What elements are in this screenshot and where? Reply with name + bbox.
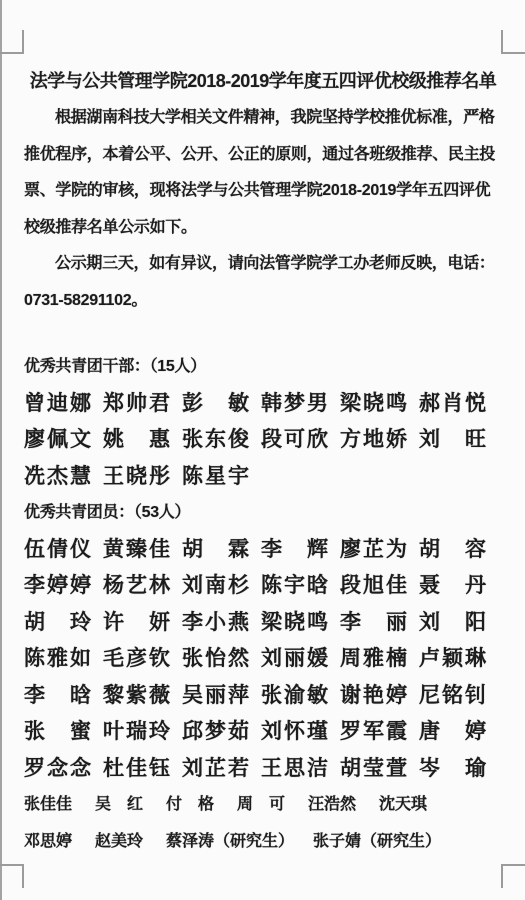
name-row: 张佳佳吴 红付 格周 可汪浩然沈天琪 [24,787,502,824]
student-name: 段旭佳 [340,568,419,605]
student-name: 李婷婷 [24,568,103,605]
name-row: 廖佩文姚 惠张东俊段可欣方地娇刘 旺 [24,422,502,459]
student-name: 张渝敏 [261,678,340,715]
intro-paragraphs: 根据湖南科技大学相关文件精神，我院坚持学校推优标准，严格推优程序，本着公平、公开… [24,100,502,319]
text-boundary-mark-top-left [0,30,24,54]
student-name: 赵美玲 [95,824,166,861]
student-name: 聂 丹 [419,568,498,605]
name-row: 邓思婷赵美玲蔡泽涛（研究生）张子婧（研究生） [24,824,502,861]
document-title: 法学与公共管理学院2018-2019学年度五四评优校级推荐名单 [24,62,502,100]
student-name: 张佳佳 [24,787,95,824]
student-name: 张 蜜 [24,714,103,751]
student-name: 姚 惠 [103,422,182,459]
student-name: 张怡然 [182,641,261,678]
student-name: 吴丽萍 [182,678,261,715]
student-name: 岑 瑜 [419,751,498,788]
name-row: 冼杰慧王晓彤陈星宇 [24,459,502,496]
student-name: 谢艳婷 [340,678,419,715]
name-row: 张 蜜叶瑞玲邱梦茹刘怀瑾罗军霞唐 婷 [24,714,502,751]
name-row: 李婷婷杨艺林刘南杉陈宇晗段旭佳聂 丹 [24,568,502,605]
text-boundary-mark-bottom-right [501,864,525,888]
student-name: 李 丽 [340,605,419,642]
paragraph-line: 0731-58291102。 [24,283,502,320]
student-name: 李 晗 [24,678,103,715]
student-name: 梁晓鸣 [261,605,340,642]
student-name: 沈天琪 [379,787,450,824]
student-name: 胡 霖 [182,532,261,569]
paragraph-line: 校级推荐名单公示如下。 [24,210,502,247]
student-name: 李小燕 [182,605,261,642]
student-name: 刘芷若 [182,751,261,788]
award-name-sections: 优秀共青团干部：（15人）曾迪娜郑帅君彭 敏韩梦男梁晓鸣郝肖悦廖佩文姚 惠张东俊… [24,349,502,860]
text-boundary-mark-top-right [501,30,525,54]
student-name: 陈星宇 [182,459,261,496]
student-name: 毛彦钦 [103,641,182,678]
student-name: 吴 红 [95,787,166,824]
student-name: 唐 婷 [419,714,498,751]
student-name: 郝肖悦 [419,386,498,423]
student-name: 刘 阳 [419,605,498,642]
student-name: 王晓彤 [103,459,182,496]
section-heading: 优秀共青团干部：（15人） [24,349,502,386]
student-name: 冼杰慧 [24,459,103,496]
student-name: 方地娇 [340,422,419,459]
award-section: 优秀共青团干部：（15人）曾迪娜郑帅君彭 敏韩梦男梁晓鸣郝肖悦廖佩文姚 惠张东俊… [24,349,502,495]
student-name: 段可欣 [261,422,340,459]
student-name: 陈宇晗 [261,568,340,605]
student-name: 付 格 [166,787,237,824]
document-content: 法学与公共管理学院2018-2019学年度五四评优校级推荐名单 根据湖南科技大学… [24,0,502,860]
student-name: 周 可 [237,787,308,824]
name-row: 罗念念杜佳钰刘芷若王思洁胡莹萱岑 瑜 [24,751,502,788]
student-name: 刘怀瑾 [261,714,340,751]
student-name: 汪浩然 [308,787,379,824]
student-name: 杜佳钰 [103,751,182,788]
student-name: 周雅楠 [340,641,419,678]
student-name: 郑帅君 [103,386,182,423]
student-name: 廖芷为 [340,532,419,569]
paragraph-line: 根据湖南科技大学相关文件精神，我院坚持学校推优标准，严格 [24,100,502,137]
student-name: 梁晓鸣 [340,386,419,423]
paragraph-line: 推优程序，本着公平、公开、公正的原则，通过各班级推荐、民主投 [24,137,502,174]
student-name: 叶瑞玲 [103,714,182,751]
student-name: 刘丽媛 [261,641,340,678]
student-name: 许 妍 [103,605,182,642]
student-name: 廖佩文 [24,422,103,459]
student-name: 张子婧（研究生） [313,824,441,861]
document-page: 法学与公共管理学院2018-2019学年度五四评优校级推荐名单 根据湖南科技大学… [0,0,525,900]
student-name: 胡 玲 [24,605,103,642]
student-name: 胡莹萱 [340,751,419,788]
page-left-edge-line [0,0,2,900]
text-boundary-mark-bottom-left [0,864,24,888]
student-name: 卢颖琳 [419,641,498,678]
section-heading: 优秀共青团员：（53人） [24,495,502,532]
paragraph-line: 票、学院的审核，现将法学与公共管理学院2018-2019学年五四评优 [24,173,502,210]
student-name: 黎紫薇 [103,678,182,715]
paragraph-line: 公示期三天，如有异议，请向法管学院学工办老师反映，电话： [24,246,502,283]
name-row: 胡 玲许 妍李小燕梁晓鸣李 丽刘 阳 [24,605,502,642]
student-name: 邱梦茹 [182,714,261,751]
student-name: 韩梦男 [261,386,340,423]
student-name: 刘 旺 [419,422,498,459]
name-row: 曾迪娜郑帅君彭 敏韩梦男梁晓鸣郝肖悦 [24,386,502,423]
student-name: 罗念念 [24,751,103,788]
student-name: 陈雅如 [24,641,103,678]
student-name: 王思洁 [261,751,340,788]
student-name: 黄臻佳 [103,532,182,569]
student-name: 邓思婷 [24,824,95,861]
name-row: 陈雅如毛彦钦张怡然刘丽媛周雅楠卢颖琳 [24,641,502,678]
student-name: 罗军霞 [340,714,419,751]
award-section: 优秀共青团员：（53人）伍倩仪黄臻佳胡 霖李 辉廖芷为胡 容李婷婷杨艺林刘南杉陈… [24,495,502,860]
student-name: 曾迪娜 [24,386,103,423]
student-name: 彭 敏 [182,386,261,423]
name-row: 李 晗黎紫薇吴丽萍张渝敏谢艳婷尼铭钊 [24,678,502,715]
student-name: 杨艺林 [103,568,182,605]
student-name: 伍倩仪 [24,532,103,569]
student-name: 尼铭钊 [419,678,498,715]
name-row: 伍倩仪黄臻佳胡 霖李 辉廖芷为胡 容 [24,532,502,569]
student-name: 张东俊 [182,422,261,459]
student-name: 胡 容 [419,532,498,569]
student-name: 蔡泽涛（研究生） [166,824,294,861]
student-name: 李 辉 [261,532,340,569]
student-name: 刘南杉 [182,568,261,605]
